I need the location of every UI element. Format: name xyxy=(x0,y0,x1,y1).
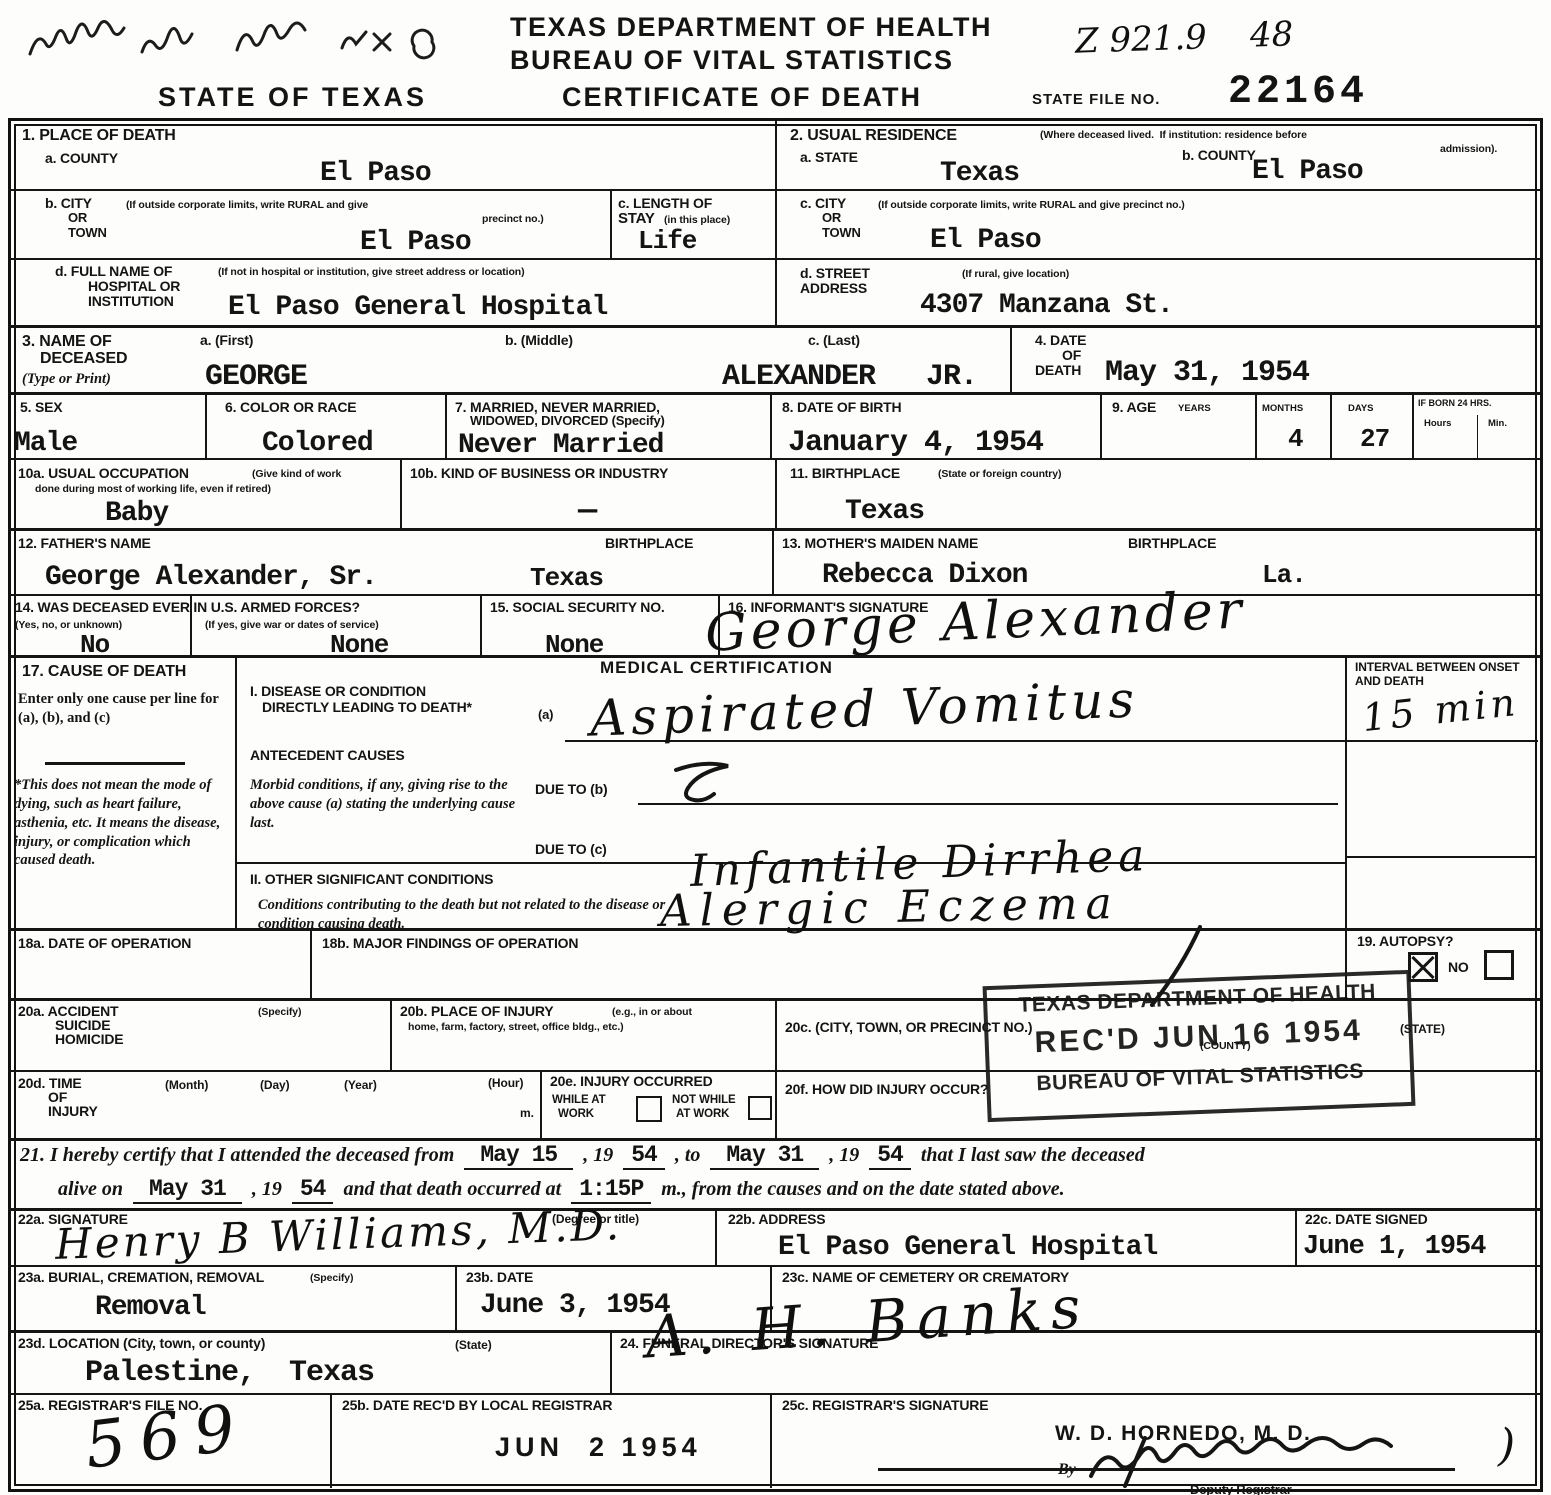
disease-label1: I. DISEASE OR CONDITION xyxy=(250,684,426,700)
burial-label: 23a. BURIAL, CREMATION, REMOVAL xyxy=(18,1270,264,1286)
injury-m-label: m. xyxy=(520,1106,534,1120)
occupation-label: 10a. USUAL OCCUPATION xyxy=(18,466,189,482)
length-of-stay-value: Life xyxy=(638,226,696,256)
sex-value: Male xyxy=(14,428,77,459)
location-value: Palestine, Texas xyxy=(85,1356,374,1390)
race-value: Colored xyxy=(262,428,373,459)
age-days-label: DAYS xyxy=(1348,403,1374,414)
due-to-b-mark xyxy=(668,756,738,806)
occupation-note2: done during most of working life, even i… xyxy=(35,483,271,496)
burial-date-value: June 3, 1954 xyxy=(480,1290,670,1321)
morbid-note: Morbid conditions, if any, giving rise t… xyxy=(250,776,540,833)
stamp-line2: REC'D JUN 16 1954 xyxy=(988,1012,1409,1062)
injury-hour-label: (Hour) xyxy=(488,1076,523,1090)
industry-label: 10b. KIND OF BUSINESS OR INDUSTRY xyxy=(410,466,668,482)
mother-birthplace-label: BIRTHPLACE xyxy=(1128,536,1216,552)
header-bureau: BUREAU OF VITAL STATISTICS xyxy=(510,45,954,75)
birthplace-note: (State or foreign country) xyxy=(938,468,1061,481)
age-born24-label: IF BORN 24 HRS. xyxy=(1418,398,1492,408)
certification-19c: , 19 xyxy=(252,1178,282,1200)
other-conditions-note: Conditions contributing to the death but… xyxy=(258,896,698,934)
ssn-value: None xyxy=(545,630,603,660)
place-county-value: El Paso xyxy=(320,158,431,189)
registrar-by-label: By xyxy=(1058,1460,1076,1481)
received-stamp: TEXAS DEPARTMENT OF HEALTH REC'D JUN 16 … xyxy=(983,970,1416,1122)
date-signed-label: 22c. DATE SIGNED xyxy=(1305,1212,1428,1228)
residence-state-label: a. STATE xyxy=(800,150,858,166)
stamp-line3: BUREAU OF VITAL STATISTICS xyxy=(990,1058,1411,1098)
header-state-of-texas: STATE OF TEXAS xyxy=(158,82,427,112)
place-county-label: a. COUNTY xyxy=(45,151,118,167)
father-label: 12. FATHER'S NAME xyxy=(18,536,151,552)
while-at-work-label1: WHILE AT xyxy=(552,1094,606,1108)
occupation-value: Baby xyxy=(105,498,168,529)
header-code-annotation: Z 921.9 48 xyxy=(1074,14,1294,62)
injury-month-label: (Month) xyxy=(165,1078,208,1092)
cause-of-death-label: 17. CAUSE OF DEATH xyxy=(22,663,186,681)
certification-text1: I hereby certify that I attended the dec… xyxy=(50,1144,454,1166)
stamp-line1: TEXAS DEPARTMENT OF HEALTH xyxy=(987,979,1408,1019)
place-city-note1: (If outside corporate limits, write RURA… xyxy=(126,199,368,212)
physician-address-value: El Paso General Hospital xyxy=(778,1232,1157,1263)
residence-city-value: El Paso xyxy=(930,225,1041,256)
ssn-label: 15. SOCIAL SECURITY NO. xyxy=(490,600,665,616)
place-city-town: TOWN xyxy=(68,226,107,241)
autopsy-yes-checkbox[interactable] xyxy=(1408,952,1438,982)
residence-title-note2: admission). xyxy=(1440,143,1497,156)
residence-city-note: (If outside corporate limits, write RURA… xyxy=(878,199,1185,212)
state-file-no-value: 22164 xyxy=(1228,70,1368,115)
armed-forces-value: No xyxy=(80,630,109,660)
name-title1: 3. NAME OF xyxy=(22,333,112,351)
due-to-b-label: DUE TO (b) xyxy=(535,782,607,798)
how-injury-occurred-label: 20f. HOW DID INJURY OCCUR? xyxy=(785,1082,988,1098)
header-department: TEXAS DEPARTMENT OF HEALTH xyxy=(510,12,992,42)
hospital-value: El Paso General Hospital xyxy=(228,292,607,323)
injury-occurred-label: 20e. INJURY OCCURRED xyxy=(550,1074,713,1090)
deputy-registrar-signature xyxy=(1085,1432,1425,1490)
residence-county-label: b. COUNTY xyxy=(1182,148,1256,164)
name-title2: DECEASED xyxy=(40,350,127,368)
hospital-note: (If not in hospital or institution, give… xyxy=(218,266,524,279)
death-certificate-scan: TEXAS DEPARTMENT OF HEALTH BUREAU OF VIT… xyxy=(0,0,1551,1495)
disease-label2: DIRECTLY LEADING TO DEATH* xyxy=(262,700,472,716)
place-of-injury-note1: (e.g., in or about xyxy=(612,1006,692,1019)
certification-number: 21. xyxy=(20,1144,45,1166)
handwritten-scribble xyxy=(22,8,452,70)
birthplace-value: Texas xyxy=(845,496,924,527)
certification-alive-word: alive on xyxy=(58,1178,123,1200)
age-min-label: Min. xyxy=(1488,418,1507,429)
state-file-no-label: STATE FILE NO. xyxy=(1032,92,1160,109)
burial-note: (Specify) xyxy=(310,1272,353,1285)
time-of-injury-label3: INJURY xyxy=(48,1104,98,1120)
burial-date-label: 23b. DATE xyxy=(466,1270,533,1286)
date-received-stamp: JUN 2 1954 xyxy=(495,1432,702,1462)
major-findings-label: 18b. MAJOR FINDINGS OF OPERATION xyxy=(322,936,578,952)
name-middle-label: b. (Middle) xyxy=(505,333,573,349)
residence-city-town: TOWN xyxy=(822,226,861,241)
alive-on-year: 54 xyxy=(292,1176,334,1204)
alive-on-value: May 31 xyxy=(133,1176,242,1204)
due-to-c-label: DUE TO (c) xyxy=(535,842,607,858)
other-conditions-label: II. OTHER SIGNIFICANT CONDITIONS xyxy=(250,872,493,888)
certification-19a: , 19 xyxy=(583,1144,613,1166)
certification-19b: , 19 xyxy=(829,1144,859,1166)
injury-year-label: (Year) xyxy=(344,1078,377,1092)
attended-from-year: 54 xyxy=(623,1142,665,1170)
while-at-work-checkbox[interactable] xyxy=(636,1096,662,1122)
place-city-value: El Paso xyxy=(360,227,471,258)
attended-to-year: 54 xyxy=(869,1142,911,1170)
place-of-death-title: 1. PLACE OF DEATH xyxy=(22,127,176,145)
while-at-work-label2: WORK xyxy=(558,1108,594,1122)
length-of-stay-note: (in this place) xyxy=(664,214,730,227)
age-years-label: YEARS xyxy=(1178,403,1211,414)
date-of-death-value: May 31, 1954 xyxy=(1105,356,1309,390)
certification-text3: and that death occurred at xyxy=(343,1178,561,1200)
father-value: George Alexander, Sr. xyxy=(45,562,377,593)
armed-forces-service-value: None xyxy=(330,630,388,660)
mother-birthplace-value: La. xyxy=(1262,560,1306,590)
occupation-note1: (Give kind of work xyxy=(252,468,341,481)
industry-value: — xyxy=(578,492,596,529)
other-conditions-value2: Alergic Eczema xyxy=(660,878,1121,937)
antecedent-causes-label: ANTECEDENT CAUSES xyxy=(250,748,405,764)
residence-title-note1: (Where deceased lived. If institution: r… xyxy=(1040,129,1307,142)
accident-note: (Specify) xyxy=(258,1006,301,1019)
date-of-death-label3: DEATH xyxy=(1035,363,1081,379)
street-value: 4307 Manzana St. xyxy=(920,290,1173,321)
certification-text4: m., from the causes and on the date stat… xyxy=(661,1178,1064,1200)
street-label2: ADDRESS xyxy=(800,281,867,297)
birthplace-label: 11. BIRTHPLACE xyxy=(790,466,900,482)
place-city-note2: precinct no.) xyxy=(482,213,544,226)
residence-title: 2. USUAL RESIDENCE xyxy=(790,127,957,145)
attended-from-value: May 15 xyxy=(464,1142,573,1170)
residence-state-value: Texas xyxy=(940,158,1019,189)
autopsy-label: 19. AUTOPSY? xyxy=(1357,934,1453,950)
registrar-signature-label: 25c. REGISTRAR'S SIGNATURE xyxy=(782,1398,988,1414)
burial-value: Removal xyxy=(95,1292,206,1323)
mother-label: 13. MOTHER'S MAIDEN NAME xyxy=(782,536,978,552)
date-signed-value: June 1, 1954 xyxy=(1303,1232,1485,1262)
accident-label3: HOMICIDE xyxy=(55,1032,123,1048)
father-birthplace-label: BIRTHPLACE xyxy=(605,536,693,552)
date-of-operation-label: 18a. DATE OF OPERATION xyxy=(18,936,191,952)
name-first-label: a. (First) xyxy=(200,333,253,349)
location-state-note: (State) xyxy=(455,1338,492,1352)
physician-address-label: 22b. ADDRESS xyxy=(728,1212,825,1228)
not-while-checkbox[interactable] xyxy=(748,1096,772,1120)
injury-day-label: (Day) xyxy=(260,1078,290,1092)
residence-county-value: El Paso xyxy=(1252,156,1363,187)
age-months-label: MONTHS xyxy=(1262,403,1303,414)
cause-sidebar-note1: Enter only one cause per line for (a), (… xyxy=(18,690,223,728)
birth-date-label: 8. DATE OF BIRTH xyxy=(782,400,901,416)
place-of-injury-label: 20b. PLACE OF INJURY xyxy=(400,1004,553,1020)
age-days-value: 27 xyxy=(1360,424,1389,454)
header-certificate-title: CERTIFICATE OF DEATH xyxy=(562,82,922,112)
street-note: (If rural, give location) xyxy=(962,268,1069,281)
armed-forces-label: 14. WAS DECEASED EVER IN U.S. ARMED FORC… xyxy=(15,600,360,616)
race-label: 6. COLOR OR RACE xyxy=(225,400,356,416)
sex-label: 5. SEX xyxy=(20,400,62,416)
residence-city-or: OR xyxy=(822,211,841,226)
age-label: 9. AGE xyxy=(1112,400,1156,416)
certification-to-word: , to xyxy=(675,1144,701,1166)
certification-line1: 21. I hereby certify that I attended the… xyxy=(20,1142,1145,1168)
place-of-injury-note2: home, farm, factory, street, office bldg… xyxy=(408,1021,624,1034)
certification-text2: that I last saw the deceased xyxy=(921,1144,1145,1166)
birth-date-value: January 4, 1954 xyxy=(788,426,1043,460)
autopsy-no-label: NO xyxy=(1448,960,1469,976)
registrar-paren-mark: ) xyxy=(1498,1420,1515,1471)
name-last-value: ALEXANDER JR. xyxy=(722,360,977,394)
cause-a-label: (a) xyxy=(538,708,553,723)
age-months-value: 4 xyxy=(1288,424,1303,454)
father-birthplace-value: Texas xyxy=(530,563,603,593)
not-while-label2: AT WORK xyxy=(676,1108,729,1122)
mother-value: Rebecca Dixon xyxy=(822,560,1027,591)
location-label: 23d. LOCATION (City, town, or county) xyxy=(18,1336,265,1352)
name-first-value: GEORGE xyxy=(205,360,307,394)
name-note: (Type or Print) xyxy=(22,370,111,389)
name-last-label: c. (Last) xyxy=(808,333,860,349)
cause-sidebar-note2: *This does not mean the mode of dying, s… xyxy=(14,776,229,870)
autopsy-no-checkbox[interactable] xyxy=(1484,950,1514,980)
certification-line2: alive on May 31 , 19 54 and that death o… xyxy=(58,1176,1065,1202)
hospital-label3: INSTITUTION xyxy=(88,294,174,310)
place-city-or: OR xyxy=(68,211,87,226)
marital-value: Never Married xyxy=(458,430,663,461)
age-hours-label: Hours xyxy=(1424,418,1451,429)
date-received-label: 25b. DATE REC'D BY LOCAL REGISTRAR xyxy=(342,1398,612,1414)
attended-to-value: May 31 xyxy=(710,1142,819,1170)
marital-label2: WIDOWED, DIVORCED (Specify) xyxy=(470,414,665,429)
not-while-label1: NOT WHILE xyxy=(672,1094,736,1108)
